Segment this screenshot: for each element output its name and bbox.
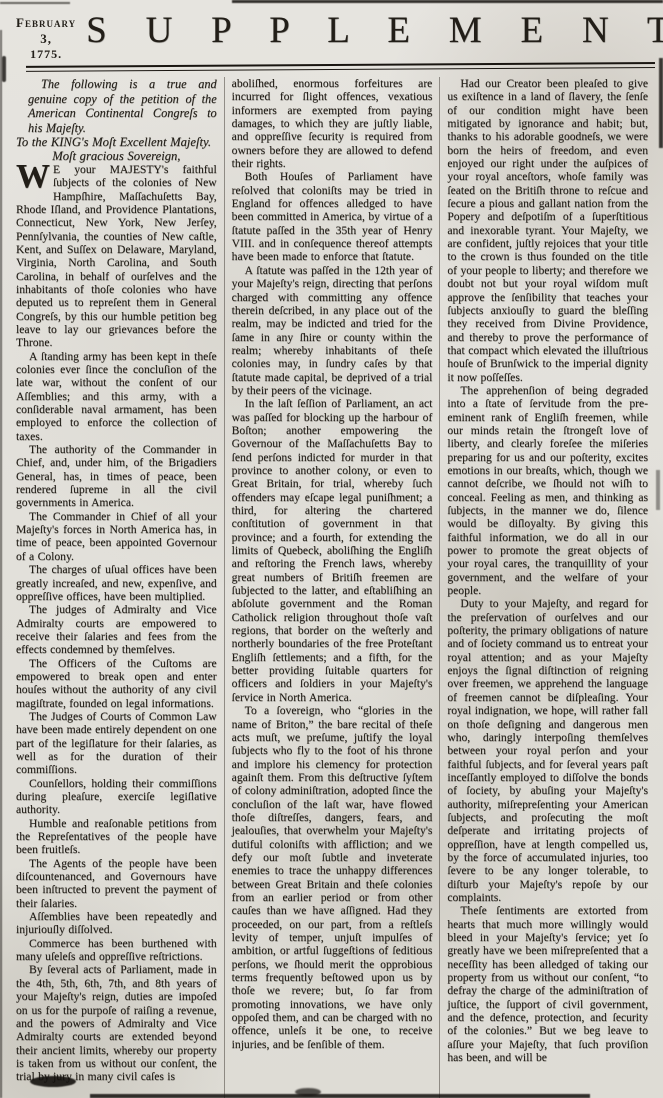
petition-paragraph: Commerce has been burthened with many uſ… (16, 937, 217, 964)
petition-paragraph: By ſeveral acts of Parliament, made in t… (16, 963, 217, 1083)
drop-cap: W (16, 163, 53, 190)
petition-paragraph: The judges of Admiralty and Vice Admiral… (16, 603, 217, 656)
masthead: February 3, 1775. S U P P L E M E N T. N… (0, 0, 663, 62)
petition-paragraph: Had our Creator been pleaſed to give us … (447, 77, 648, 384)
petition-paragraph: aboliſhed, enormous forfeitures are incu… (232, 77, 433, 170)
petition-paragraph: Theſe ſentiments are extorted from heart… (447, 904, 648, 1064)
newspaper-page: February 3, 1775. S U P P L E M E N T. N… (0, 0, 663, 1098)
text-columns: The following is a true and genuine copy… (0, 70, 663, 1098)
column-1: The following is a true and genuine copy… (16, 77, 224, 1098)
petition-paragraph: The charges of uſual offices have been g… (16, 563, 217, 603)
petition-paragraph: In the laſt ſeſſion of Parliament, an ac… (232, 397, 433, 704)
petition-paragraph: WE your MAJESTY's faithful ſubjects of t… (16, 163, 217, 350)
petition-paragraph: A ſtanding army has been kept in theſe c… (16, 350, 217, 443)
petition-paragraph: The Commander in Chief of all your Majeſ… (16, 510, 217, 563)
column-2: aboliſhed, enormous forfeitures are incu… (224, 77, 440, 1098)
column-3: Had our Creator been pleaſed to give us … (439, 77, 655, 1098)
petition-paragraph: Duty to your Majeſty, and regard for the… (447, 597, 648, 904)
date-line: February 3, (16, 15, 76, 47)
petition-paragraph: Humble and reaſonable petitions from the… (16, 817, 217, 857)
petition-address: To the KING's Moſt Excellent Majeſty. (16, 135, 217, 150)
petition-paragraph: Both Houſes of Parliament have reſolved … (232, 170, 433, 263)
petition-paragraph: To a ſovereign, who “glories in the name… (232, 704, 433, 1051)
intro-note: The following is a true and genuine copy… (16, 77, 217, 135)
petition-paragraph: The Judges of Courts of Common Law have … (16, 710, 217, 777)
petition-paragraph: The authority of the Commander in Chief,… (16, 443, 217, 510)
petition-paragraph: The Agents of the people have been diſco… (16, 857, 217, 910)
petition-paragraph: The Officers of the Cuſtoms are empowere… (16, 657, 217, 710)
date-block: February 3, 1775. (16, 9, 76, 62)
date-year: 1775. (16, 47, 76, 62)
petition-paragraph: The apprehenſion of being degraded into … (447, 384, 648, 598)
petition-paragraph: Aſſemblies have been repeatedly and inju… (16, 910, 217, 937)
petition-paragraph: A ſtatute was paſſed in the 12th year of… (232, 264, 433, 397)
petition-paragraph: Counſellors, holding their commiſſions d… (16, 777, 217, 817)
page-title: S U P P L E M E N T. (76, 9, 663, 52)
